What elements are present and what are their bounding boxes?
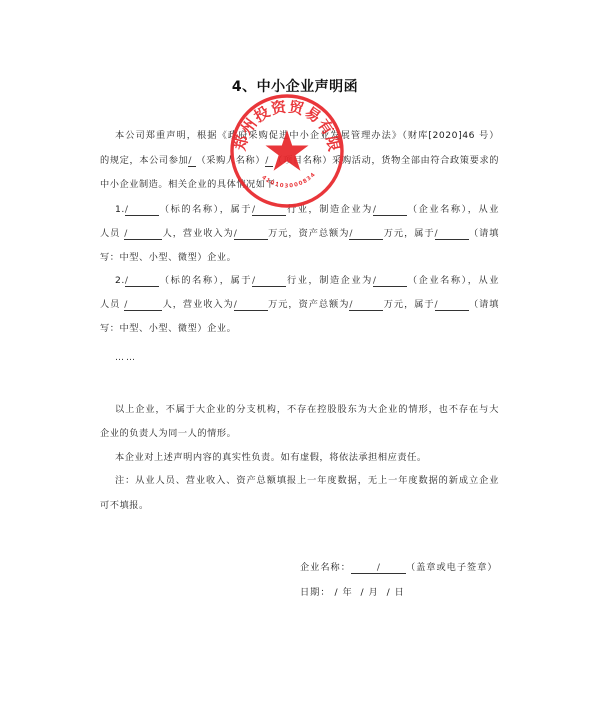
enterprise-type-blank[interactable]: /	[435, 300, 469, 311]
intro-line-3: 中小企业制造。相关企业的具体情况如下：	[100, 176, 285, 190]
item-text: （标的名称），属于	[159, 275, 252, 286]
company-seal-stamp: 郑州投资贸易有限公司 41010300083436	[228, 92, 346, 210]
item-2-line-2: 人员 /人，营业收入为/万元，资产总额为/万元，属于/（请填	[100, 296, 499, 311]
item-text: 万元，属于	[383, 228, 434, 239]
item-text: 人员	[100, 228, 120, 239]
revenue-blank[interactable]: /	[234, 300, 268, 311]
ellipsis: ……	[115, 353, 137, 363]
date-value[interactable]: / 年 / 月 / 日	[334, 587, 404, 598]
subject-blank[interactable]: /	[125, 276, 159, 287]
company-blank[interactable]: /	[373, 205, 407, 216]
assets-blank[interactable]: /	[349, 229, 383, 240]
item-text: 行业，制造企业为	[286, 275, 373, 286]
paragraph-1-line-1: 以上企业，不属于大企业的分支机构，不存在控股股东为大企业的情形，也不存在与大	[115, 401, 499, 415]
staff-blank[interactable]: /	[124, 300, 162, 311]
intro-text: 的规定，本公司参加	[100, 155, 188, 166]
company-signature-line: 企业名称：/（盖章或电子签章）	[300, 559, 498, 574]
seal-company-name: 郑州投资贸易有限公司	[228, 92, 343, 154]
company-name-label: 企业名称：	[300, 562, 351, 573]
company-name-blank[interactable]: /	[351, 563, 406, 574]
item-text: 万元，属于	[383, 299, 434, 310]
item-1-line-3: 写：中型、小型、微型）企业。	[100, 249, 236, 263]
item-text: （请填	[469, 228, 499, 239]
paragraph-1-line-2: 企业的负责人为同一人的情形。	[100, 425, 236, 439]
intro-line-2: 的规定，本公司参加/（采购人名称）/（项目名称）采购活动，货物全部由符合政策要求…	[100, 152, 499, 167]
staff-blank[interactable]: /	[124, 229, 162, 240]
revenue-blank[interactable]: /	[234, 229, 268, 240]
item-text: （请填	[469, 299, 499, 310]
item-2-line-1: 2./（标的名称），属于/行业，制造企业为/（企业名称），从业	[115, 272, 499, 287]
note-line-1: 注：从业人员、营业收入、资产总额填报上一年度数据，无上一年度数据的新成立企业	[115, 472, 499, 486]
assets-blank[interactable]: /	[349, 300, 383, 311]
item-1-line-2: 人员 /人，营业收入为/万元，资产总额为/万元，属于/（请填	[100, 225, 499, 240]
industry-blank[interactable]: /	[252, 205, 286, 216]
item-number: 2.	[115, 275, 125, 286]
item-text: 人员	[100, 299, 120, 310]
item-1-line-1: 1./（标的名称），属于/行业，制造企业为/（企业名称），从业	[115, 201, 499, 216]
item-text: （企业名称），从业	[407, 275, 499, 286]
item-text: （标的名称），属于	[159, 204, 252, 215]
enterprise-type-blank[interactable]: /	[435, 229, 469, 240]
item-text: 万元，资产总额为	[268, 299, 350, 310]
item-text: 人，营业收入为	[162, 299, 234, 310]
date-line: 日期： / 年 / 月 / 日	[300, 584, 405, 598]
paragraph-2: 本企业对上述声明内容的真实性负责。如有虚假，将依法承担相应责任。	[115, 449, 499, 463]
item-2-line-3: 写：中型、小型、微型）企业。	[100, 320, 236, 334]
svg-text:郑州投资贸易有限公司: 郑州投资贸易有限公司	[228, 92, 343, 154]
project-blank[interactable]: /	[265, 156, 273, 167]
intro-line-1: 本公司郑重声明，根据《政府采购促进中小企业发展管理办法》（财库[2020]46 …	[115, 127, 499, 141]
company-stamp-hint: （盖章或电子签章）	[406, 562, 498, 573]
industry-blank[interactable]: /	[252, 276, 286, 287]
note-line-2: 可不填报。	[100, 497, 149, 511]
document-page: 4、中小企业声明函 本公司郑重声明，根据《政府采购促进中小企业发展管理办法》（财…	[0, 0, 590, 713]
intro-text: （项目名称）采购活动，货物全部由符合政策要求的	[273, 155, 499, 166]
item-text: 万元，资产总额为	[268, 228, 350, 239]
intro-text: （采购人名称）	[196, 155, 265, 166]
date-label: 日期：	[300, 587, 331, 598]
item-number: 1.	[115, 204, 125, 215]
page-title: 4、中小企业声明函	[0, 76, 590, 96]
item-text: 人，营业收入为	[162, 228, 234, 239]
item-text: （企业名称），从业	[407, 204, 499, 215]
item-text: 行业，制造企业为	[286, 204, 373, 215]
subject-blank[interactable]: /	[125, 205, 159, 216]
company-blank[interactable]: /	[373, 276, 407, 287]
